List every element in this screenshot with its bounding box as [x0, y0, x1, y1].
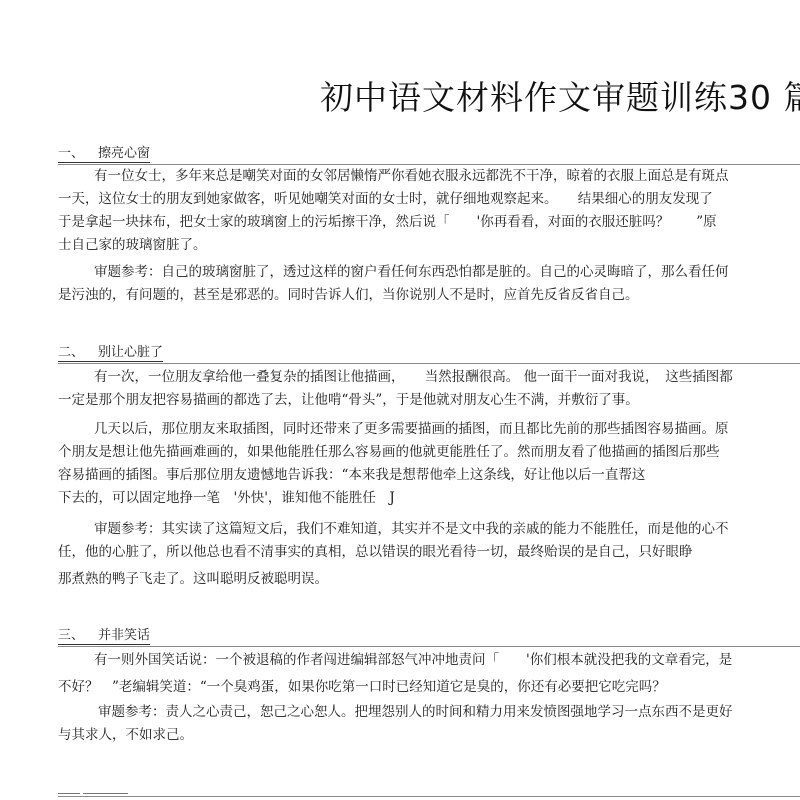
analysis-line: 审题参考：责人之心责己，恕己之心恕人。把埋怨别人的时间和精力用来发愤图强地学习一… — [58, 701, 800, 724]
paragraph-line: 个朋友是想让他先描画难画的，如果他能胜任那么容易画的他就更能胜任了。然而朋友看了… — [58, 441, 800, 464]
analysis-line: 审题参考：其实读了这篇短文后，我们不难知道，其实并不是文中我的亲戚的能力不能胜任… — [58, 518, 800, 541]
paragraph-line: 几天以后，那位朋友来取插图，同时还带来了更多需要描画的插图，而且都比先前的那些插… — [58, 418, 800, 441]
paragraph-line: 有一次，一位朋友拿给他一叠复杂的插图让他描画， 当然报酬很高。 他一面干一面对我… — [58, 366, 800, 389]
analysis-line: 与其求人，不如求己。 — [58, 724, 800, 747]
page-footer-rule — [58, 796, 800, 797]
section-heading: 二、别让心脏了 — [58, 345, 800, 364]
footer-stub-line — [58, 793, 80, 794]
analysis-line: 是污浊的，有问题的，甚至是邪恶的。同时告诉人们，当你说别人不是时，应首先反省反省… — [58, 284, 800, 307]
paragraph-line: 于是拿起一块抹布，把女士家的玻璃窗上的污垢擦干净，然后说「 '你再看看，对面的衣… — [58, 211, 800, 234]
analysis-line: 审题参考：自己的玻璃窗脏了，透过这样的窗户看任何东西恐怕都是脏的。自己的心灵晦暗… — [58, 261, 800, 284]
paragraph-line: 一天，这位女士的朋友到她家做客，听见她嘲笑对面的女士时，就仔细地观察起来。 结果… — [58, 188, 800, 211]
paragraph-line: 有一则外国笑话说：一个被退稿的作者闯进编辑部怒气冲冲地责问「 '你们根本就没把我… — [58, 649, 800, 672]
footer-stub-line — [83, 793, 128, 794]
section-3: 三、并非笑话 有一则外国笑话说：一个被退稿的作者闯进编辑部怒气冲冲地责问「 '你… — [58, 628, 800, 747]
analysis-line: 任，他的心脏了，所以他总也看不清事实的真相，总以错误的眼光看待一切，最终贻误的是… — [58, 541, 800, 564]
section-1: 一、擦亮心窗 有一位女士，多年来总是嘲笑对面的女邻居懒惰严你看她衣服永远都洗不干… — [58, 146, 800, 307]
paragraph-line: 一定是那个朋友把容易描画的都选了去，让他啃“骨头”，于是他就对朋友心生不满，并敷… — [58, 389, 800, 412]
section-heading-label: 一、擦亮心窗 — [58, 146, 150, 163]
section-heading-label: 三、并非笑话 — [58, 628, 150, 645]
analysis-line: 那煮熟的鸭子飞走了。这叫聪明反被聪明误。 — [58, 568, 800, 591]
section-heading: 一、擦亮心窗 — [58, 146, 800, 165]
paragraph-line: 不好？ ”老编辑笑道：“一个臭鸡蛋，如果你吃第一口时已经知道它是臭的，你还有必要… — [58, 676, 800, 699]
paragraph-line: 士自己家的玻璃窗脏了。 — [58, 234, 800, 257]
paragraph-line: 有一位女士，多年来总是嘲笑对面的女邻居懒惰严你看她衣服永远都洗不干净，晾着的衣服… — [58, 165, 800, 188]
section-heading: 三、并非笑话 — [58, 628, 800, 647]
paragraph-line: 下去的，可以固定地挣一笔 '外快'，谁知他不能胜任 J — [58, 487, 800, 510]
document-title: 初中语文材料作文审题训练30 篇 — [320, 72, 800, 119]
paragraph-line: 容易描画的插图。事后那位朋友遗憾地告诉我：“本来我是想帮他牵上这条线，好让他以后… — [58, 464, 800, 487]
section-heading-label: 二、别让心脏了 — [58, 345, 163, 362]
section-2: 二、别让心脏了 有一次，一位朋友拿给他一叠复杂的插图让他描画， 当然报酬很高。 … — [58, 345, 800, 591]
